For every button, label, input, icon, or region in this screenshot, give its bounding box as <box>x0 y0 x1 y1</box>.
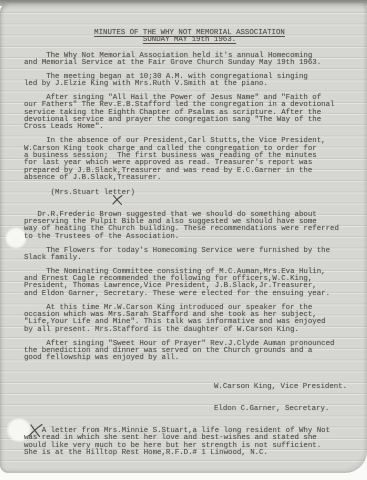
paragraph-dr-brown-suggestions: Dr.R.Frederic Brown suggested that we sh… <box>24 212 355 241</box>
signature-secretary: Eldon C.Garner, Secretary. <box>214 406 355 413</box>
paragraph-speaker: At this time Mr.W.Carson King introduced… <box>24 305 355 334</box>
paragraph-nominating-committee: The Nominating Committee consisting of M… <box>24 269 355 298</box>
postscript-letter-note: A letter from Mrs.Minnie S.Stuart,a life… <box>24 428 355 457</box>
paragraph-benediction: After singing "Sweet Hour of Prayer" Rev… <box>24 341 355 363</box>
paragraph-meeting-start: The meeting began at 10;30 A.M. with con… <box>24 74 355 89</box>
signature-block: W.Carson King, Vice President. Eldon C.G… <box>214 369 355 428</box>
paragraph-mrs-stuart-letter: A letter from Mrs.Minnie S.Stuart,a life… <box>24 428 355 457</box>
paragraph-devotional: After singing "All Hail the Power of Jes… <box>24 95 355 132</box>
paragraph-business-session: In the absence of our President,Carl Stu… <box>24 138 355 182</box>
mrs-stuart-note-line: (Mrs.Stuart letter) <box>24 182 355 211</box>
title-line-2: SUNDAY MAY 19th 1963. <box>24 37 355 44</box>
typewritten-text: MINUTES OF THE WHY NOT MEMORIAL ASSOCIAT… <box>24 30 355 464</box>
signature-vice-president: W.Carson King, Vice President. <box>214 384 355 391</box>
document-title: MINUTES OF THE WHY NOT MEMORIAL ASSOCIAT… <box>24 30 355 45</box>
paragraph-homecoming: The Why Not Memorial Association held it… <box>24 53 355 68</box>
scanned-minutes-page: MINUTES OF THE WHY NOT MEMORIAL ASSOCIAT… <box>0 3 367 473</box>
paragraph-flowers: The Flowers for today's Homecoming Servi… <box>24 248 355 263</box>
handwritten-x-icon <box>28 424 43 437</box>
handwritten-x-icon <box>112 180 147 219</box>
